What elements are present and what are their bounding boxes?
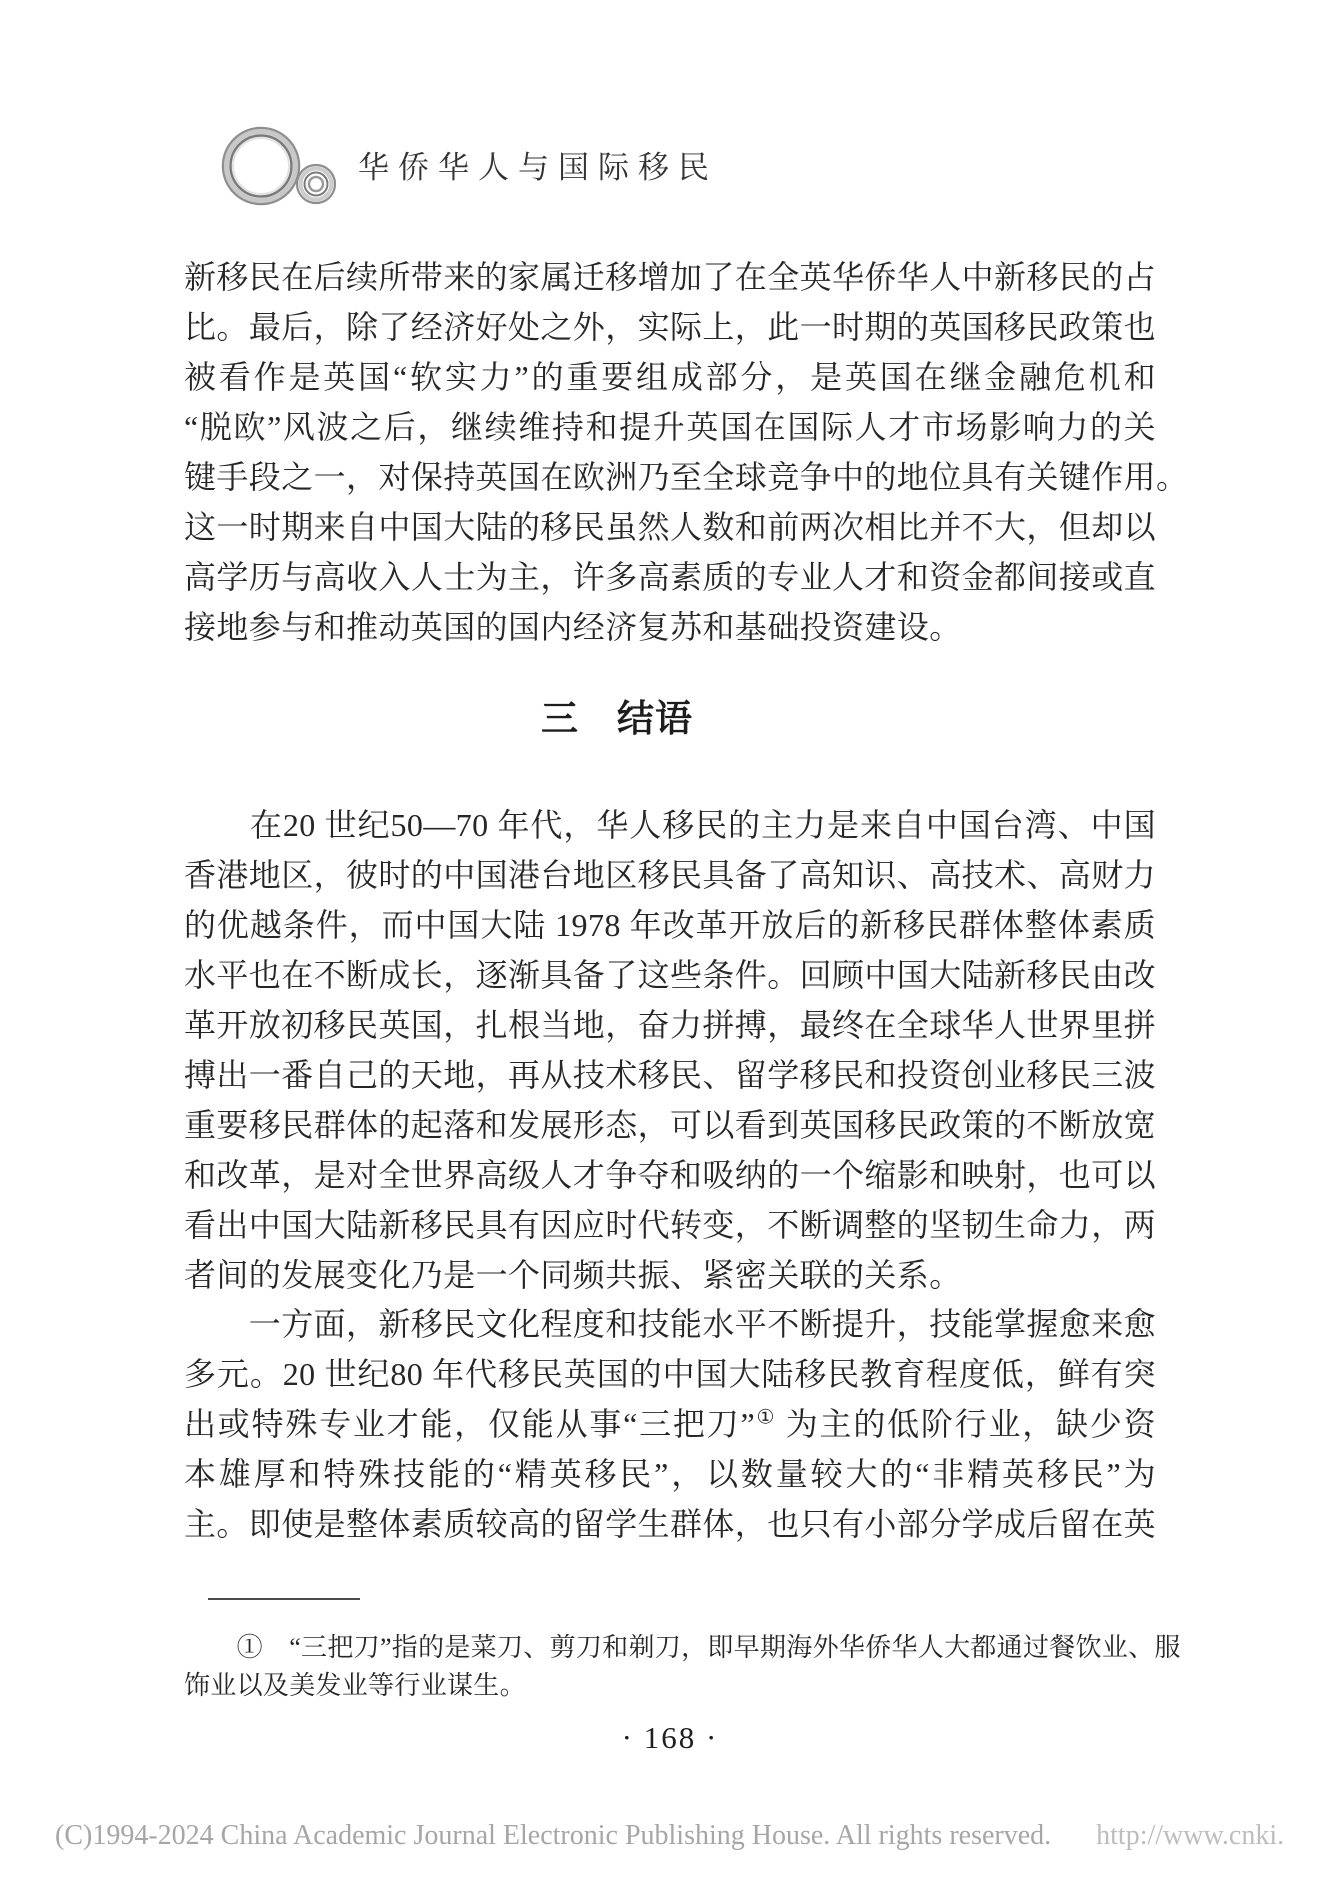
footnote-marker: ① [755,1406,776,1428]
text-line: 被看作是英国“软实力”的重要组成部分，是英国在继金融危机和 [184,352,1156,402]
text-line: 多元。20 世纪80 年代移民英国的中国大陆移民教育程度低，鲜有突 [184,1349,1156,1399]
document-page: 华侨华人与国际移民 新移民在后续所带来的家属迁移增加了在全英华侨华人中新移民的占… [0,0,1338,1890]
text-line: 一方面，新移民文化程度和技能水平不断提升，技能掌握愈来愈 [184,1299,1156,1349]
text-line: 饰业以及美发业等行业谋生。 [184,1667,1156,1705]
text-line: 香港地区，彼时的中国港台地区移民具备了高知识、高技术、高财力 [184,850,1156,900]
footer-url: http://www.cnki. [1096,1820,1284,1851]
text-line: 者间的发展变化乃是一个同频共振、紧密关联的关系。 [184,1250,1156,1300]
text-line: 这一时期来自中国大陆的移民虽然人数和前两次相比并不大，但却以 [184,502,1156,552]
footnote-divider [208,1598,360,1600]
text-line: 看出中国大陆新移民具有因应时代转变，不断调整的坚韧生命力，两 [184,1200,1156,1250]
text-line: 接地参与和推动英国的国内经济复苏和基础投资建设。 [184,602,1156,652]
copyright-footer: (C)1994-2024 China Academic Journal Elec… [55,1820,1284,1852]
text-line: 的优越条件，而中国大陆 1978 年改革开放后的新移民群体整体素质 [184,900,1156,950]
paragraph: 一方面，新移民文化程度和技能水平不断提升，技能掌握愈来愈多元。20 世纪80 年… [184,1299,1156,1549]
text-line: 和改革，是对全世界高级人才争夺和吸纳的一个缩影和映射，也可以 [184,1150,1156,1200]
copyright-text: (C)1994-2024 China Academic Journal Elec… [55,1820,1051,1851]
text-line: 重要移民群体的起落和发展形态，可以看到英国移民政策的不断放宽 [184,1100,1156,1150]
page-header-title: 华侨华人与国际移民 [358,142,718,187]
text-line: 主。即使是整体素质较高的留学生群体，也只有小部分学成后留在英 [184,1499,1156,1549]
text-line: 比。最后，除了经济好处之外，实际上，此一时期的英国移民政策也 [184,302,1156,352]
text-line: 水平也在不断成长，逐渐具备了这些条件。回顾中国大陆新移民由改 [184,950,1156,1000]
text-line: 在20 世纪50—70 年代，华人移民的主力是来自中国台湾、中国 [184,800,1156,850]
paragraph: 新移民在后续所带来的家属迁移增加了在全英华侨华人中新移民的占比。最后，除了经济好… [184,252,1156,652]
text-line: 键手段之一，对保持英国在欧洲乃至全球竞争中的地位具有关键作用。 [184,452,1156,502]
text-line: 高学历与高收入人士为主，许多高素质的专业人才和资金都间接或直 [184,552,1156,602]
text-line: ① “三把刀”指的是菜刀、剪刀和剃刀，即早期海外华侨华人大都通过餐饮业、服 [184,1629,1156,1667]
text-line: 新移民在后续所带来的家属迁移增加了在全英华侨华人中新移民的占 [184,252,1156,302]
paragraph: 在20 世纪50—70 年代，华人移民的主力是来自中国台湾、中国香港地区，彼时的… [184,800,1156,1300]
page-number: · 168 · [184,1720,1156,1756]
section-heading: 三 结语 [541,688,693,742]
text-line: 本雄厚和特殊技能的“精英移民”，以数量较大的“非精英移民”为 [184,1449,1156,1499]
text-line: “脱欧”风波之后，继续维持和提升英国在国际人才市场影响力的关 [184,402,1156,452]
text-line: 出或特殊专业才能，仅能从事“三把刀”① 为主的低阶行业，缺少资 [184,1399,1156,1449]
text-line: 搏出一番自己的天地，再从技术移民、留学移民和投资创业移民三波 [184,1050,1156,1100]
footnote: ① “三把刀”指的是菜刀、剪刀和剃刀，即早期海外华侨华人大都通过餐饮业、服饰业以… [184,1629,1156,1705]
text-line: 革开放初移民英国，扎根当地，奋力拼搏，最终在全球华人世界里拼 [184,1000,1156,1050]
two-rings-logo-icon [185,103,345,213]
